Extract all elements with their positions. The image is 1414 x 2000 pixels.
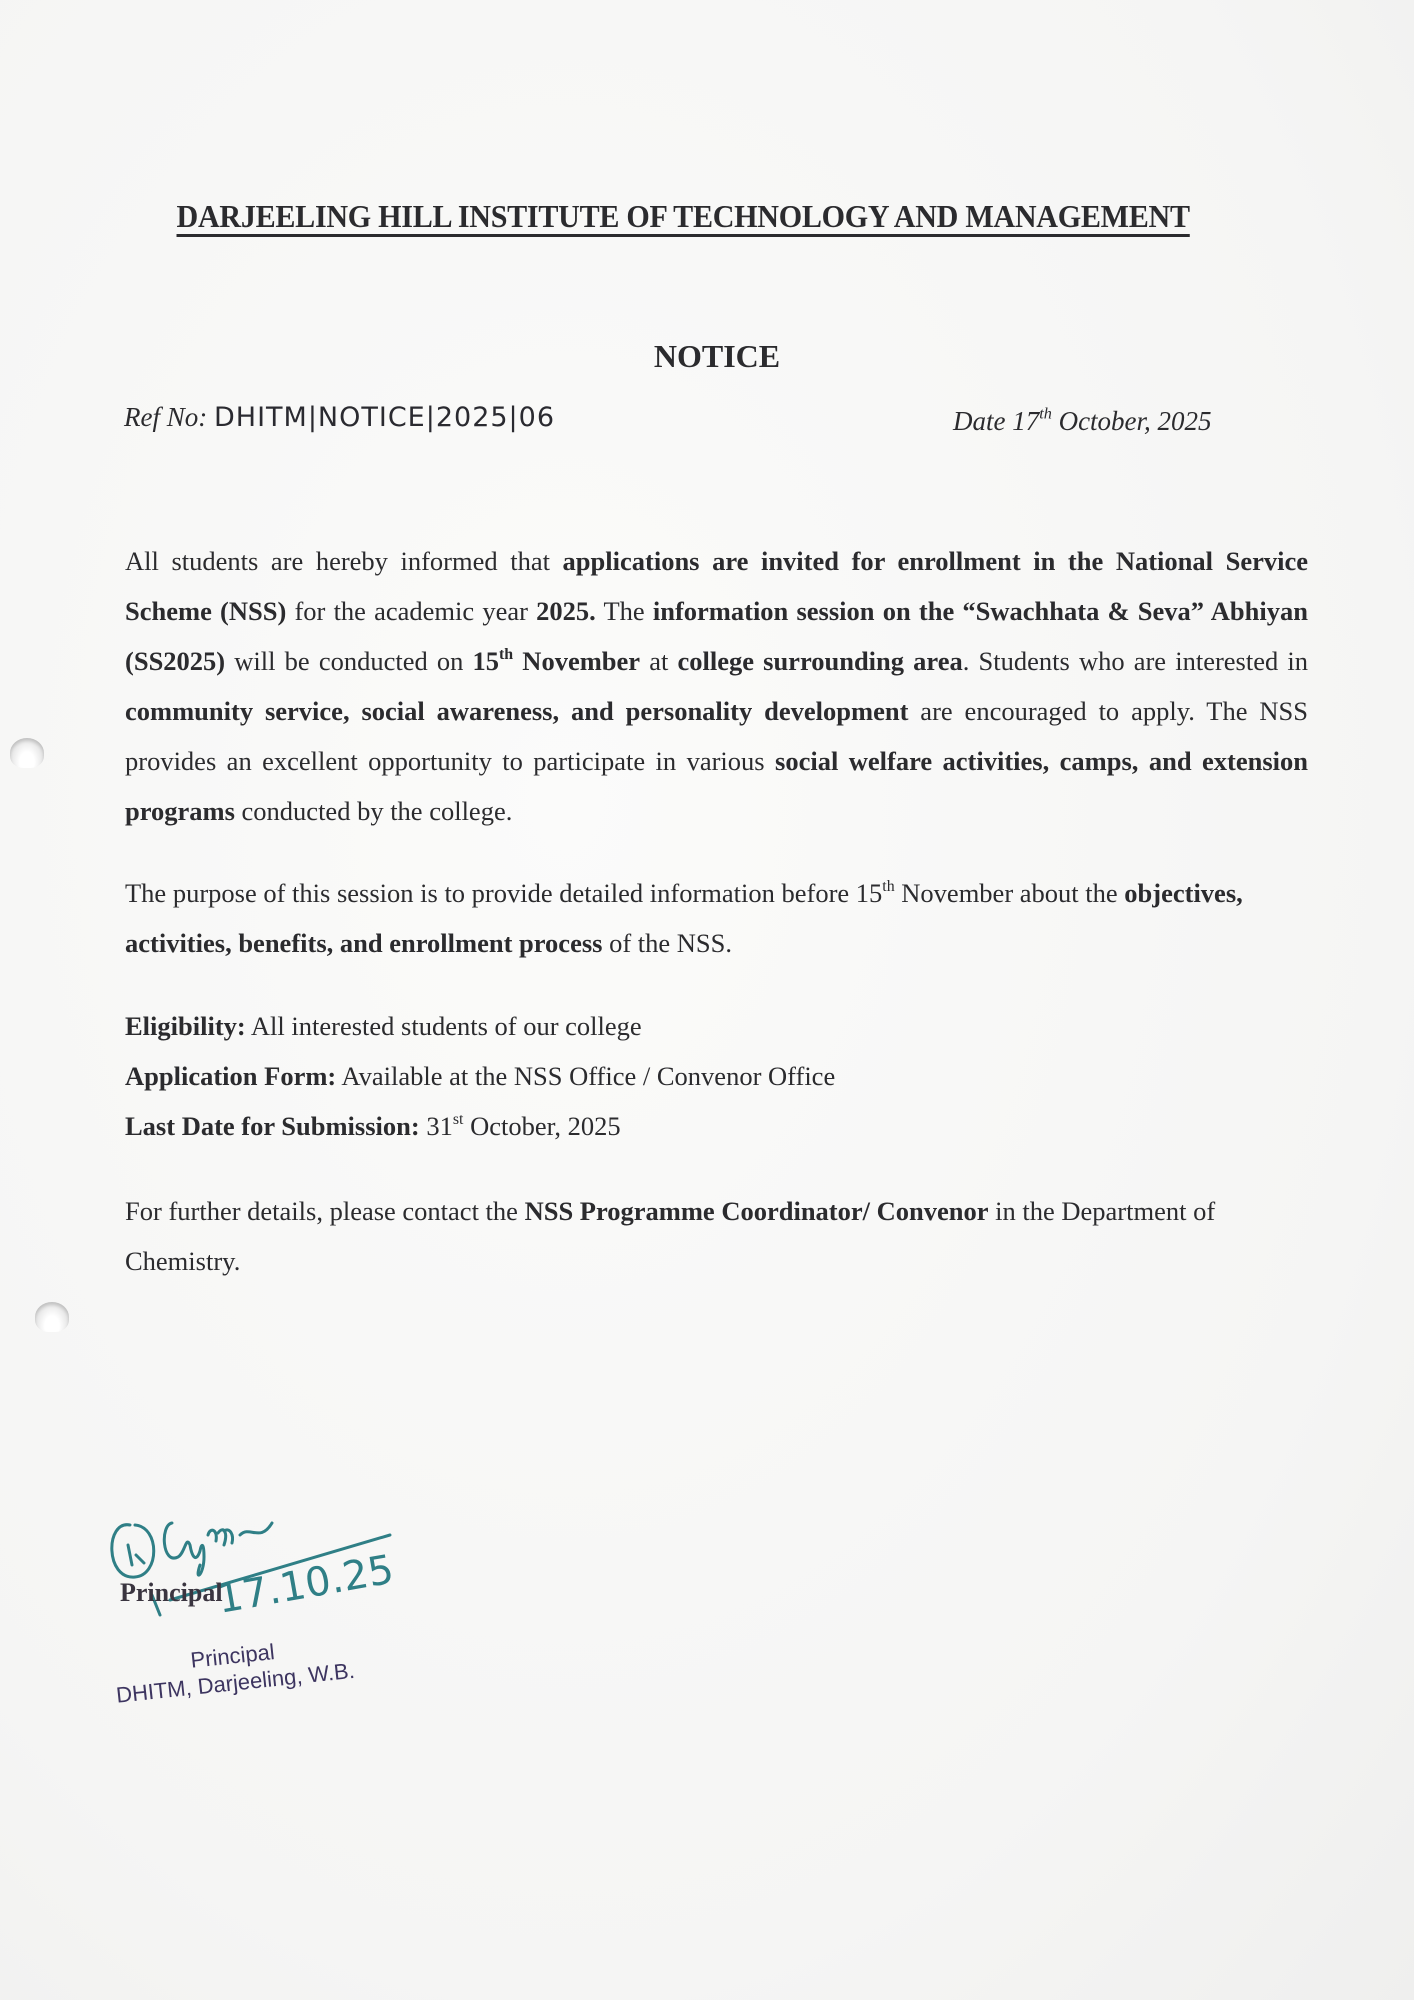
paper-page bbox=[0, 0, 1414, 2000]
detail-row: Last Date for Submission: 31st October, … bbox=[125, 1101, 835, 1151]
signatory-designation: Principal bbox=[120, 1578, 223, 1608]
punch-hole-bottom bbox=[35, 1302, 69, 1332]
punch-hole-top bbox=[10, 738, 44, 768]
paragraph-announcement: All students are hereby informed that ap… bbox=[125, 536, 1308, 836]
detail-row: Application Form: Available at the NSS O… bbox=[125, 1051, 835, 1101]
notice-heading: NOTICE bbox=[0, 338, 1414, 375]
paragraph-contact: For further details, please contact the … bbox=[125, 1186, 1308, 1286]
svg-text:17.10.25: 17.10.25 bbox=[214, 1547, 397, 1623]
reference-number: Ref No: DHITM|NOTICE|2025|06 bbox=[124, 402, 555, 433]
ref-number-handwritten: DHITM|NOTICE|2025|06 bbox=[214, 402, 555, 433]
details-list: Eligibility: All interested students of … bbox=[125, 1001, 835, 1151]
detail-row: Eligibility: All interested students of … bbox=[125, 1001, 835, 1051]
paragraph-purpose: The purpose of this session is to provid… bbox=[125, 868, 1245, 968]
notice-date: Date 17th October, 2025 bbox=[953, 406, 1212, 437]
institution-title: DARJEELING HILL INSTITUTE OF TECHNOLOGY … bbox=[145, 198, 1221, 235]
ref-label: Ref No: bbox=[124, 402, 207, 432]
